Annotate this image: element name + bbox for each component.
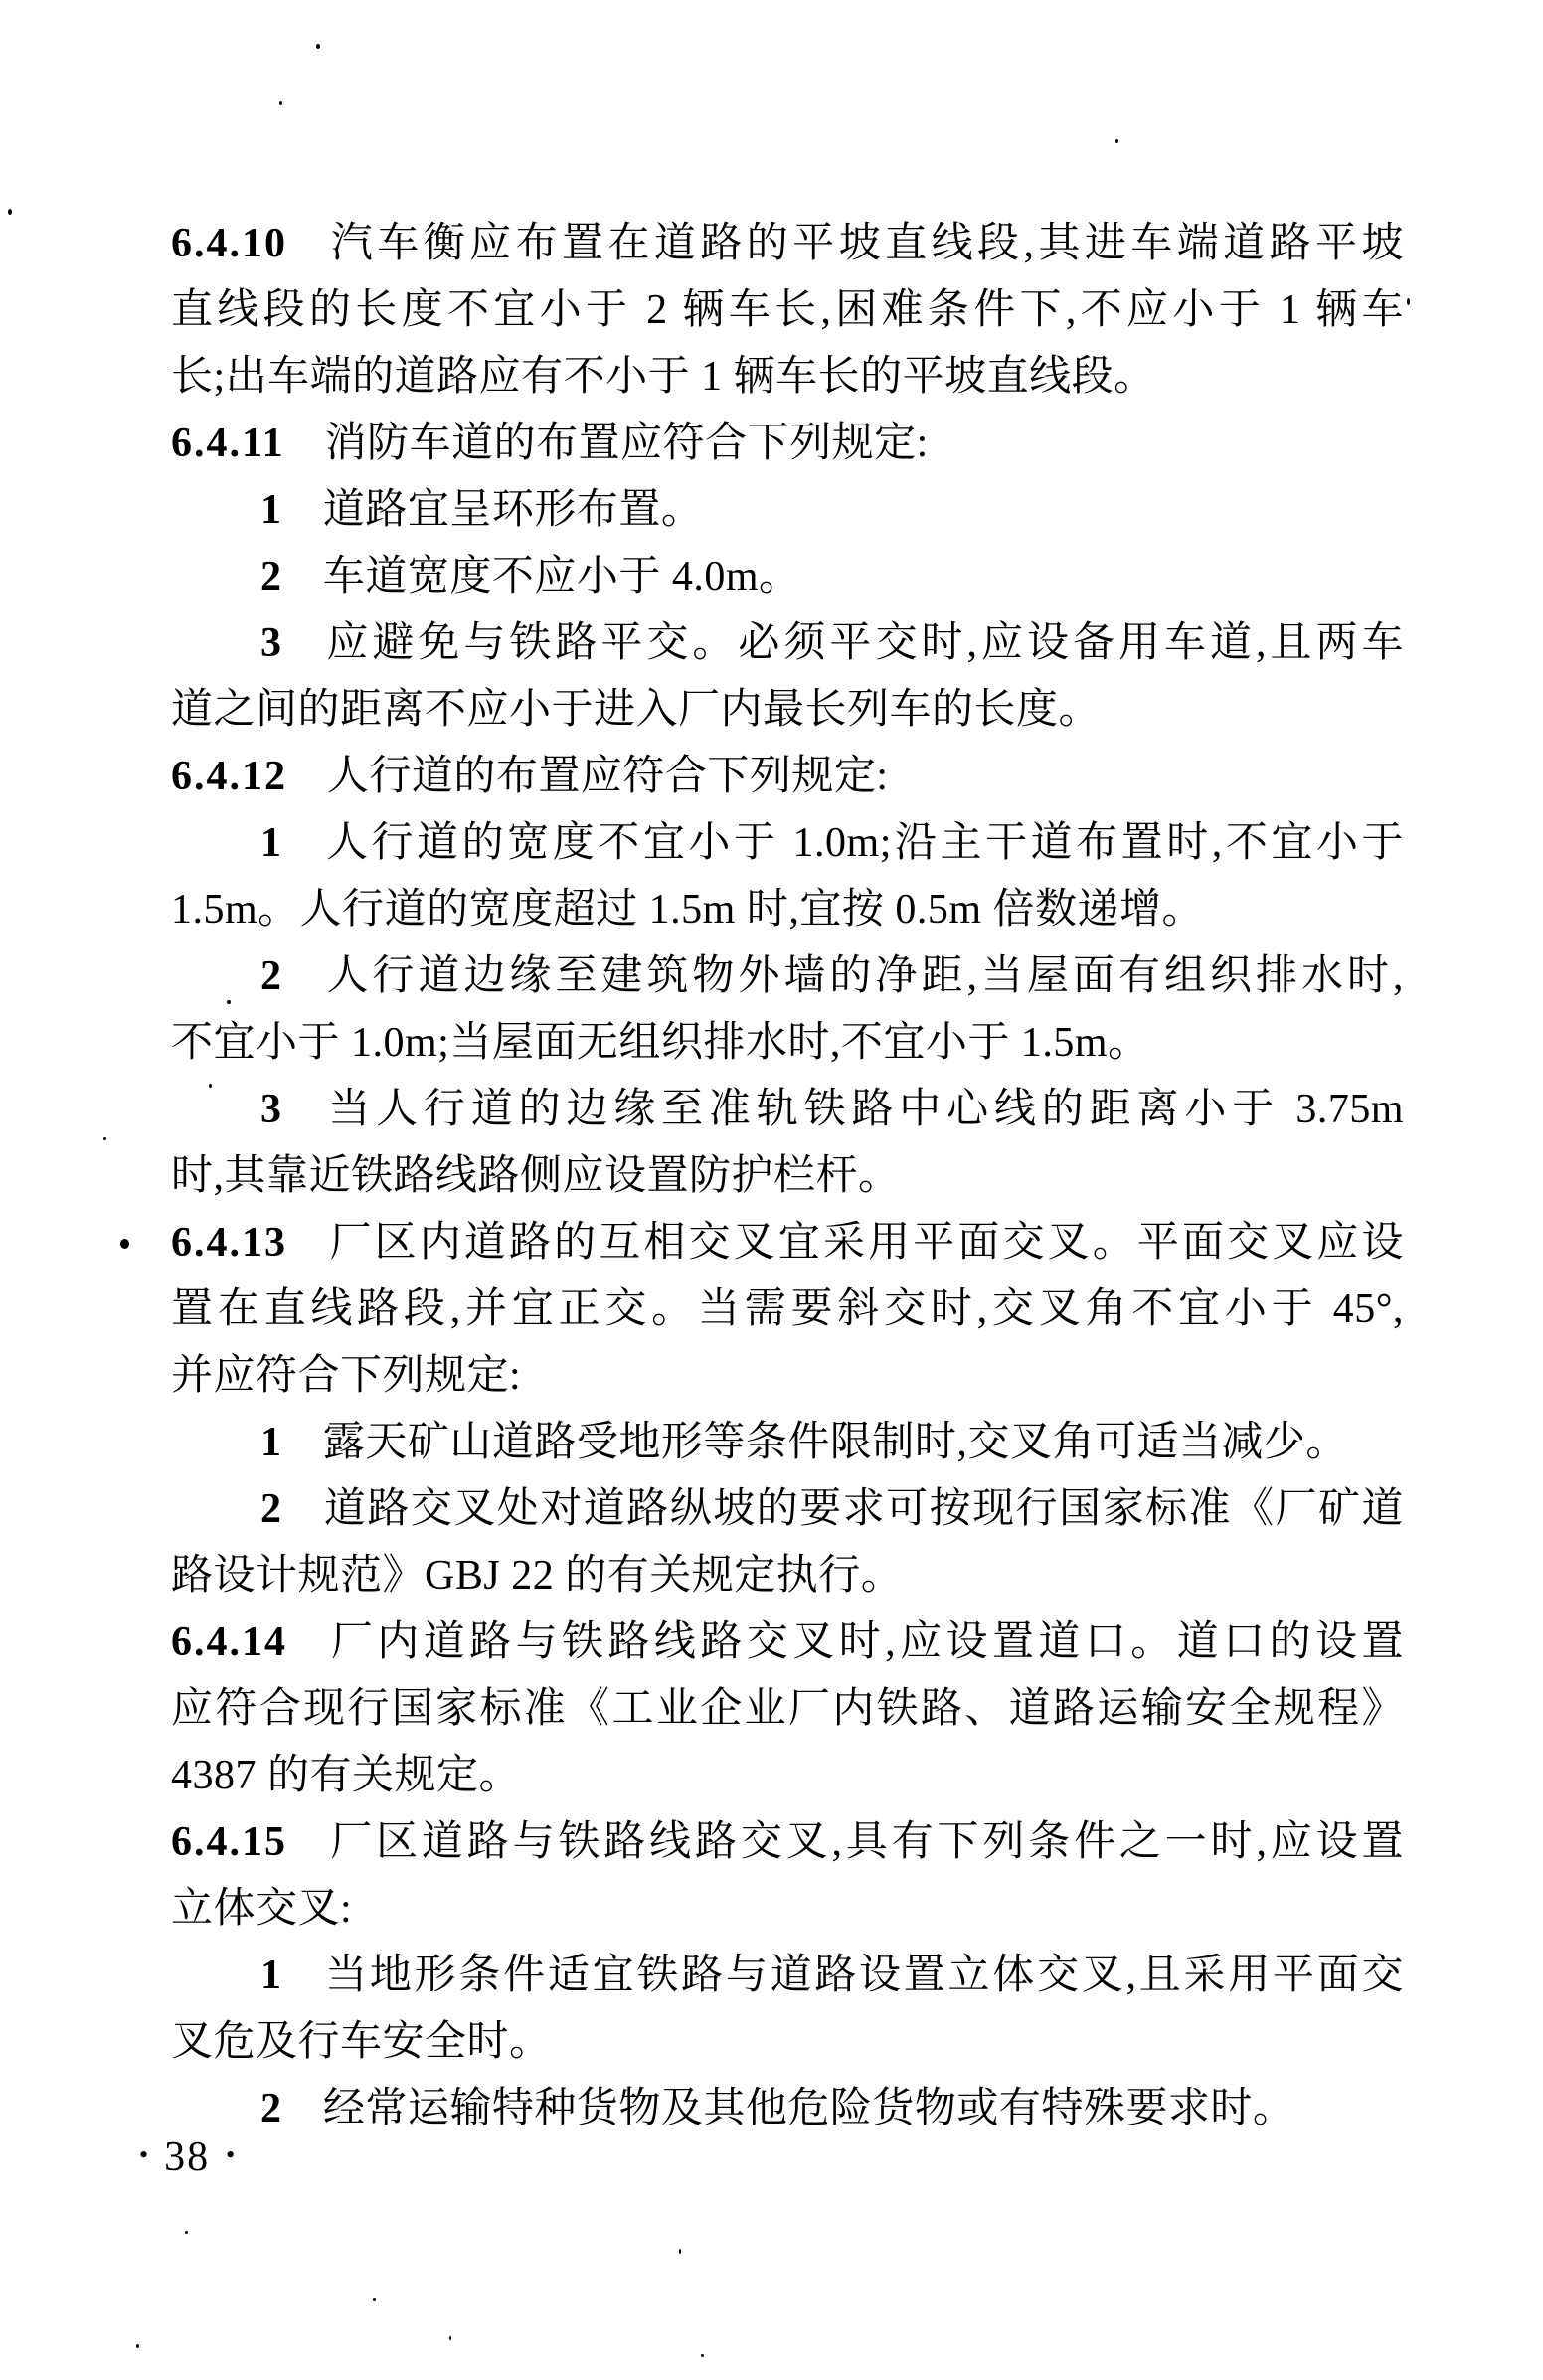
item-number: 3 bbox=[260, 1087, 283, 1132]
text-line: 2经常运输特种货物及其他危险货物或有特殊要求时。 bbox=[171, 2076, 1404, 2142]
item-number: 2 bbox=[260, 953, 283, 999]
scanned-page: 6.4.10汽车衡应布置在道路的平坡直线段,其进车端道路平坡直线段的长度不宜小于… bbox=[0, 0, 1543, 2380]
footer-dot-right: • bbox=[226, 2140, 235, 2169]
item-3: 3当人行道的边缘至准轨铁路中心线的距离小于 3.75m时,其靠近铁路线路侧应设置… bbox=[171, 1077, 1404, 1210]
text-line: 时,其靠近铁路线路侧应设置防护栏杆。 bbox=[171, 1143, 1404, 1210]
page-number: 38 bbox=[164, 2134, 210, 2180]
item-number: 1 bbox=[260, 1953, 283, 1998]
clause-number: 6.4.12 bbox=[171, 754, 287, 799]
scan-speck bbox=[136, 2344, 139, 2348]
line-text: 厂区道路与铁路线路交叉,具有下列条件之一时,应设置 bbox=[327, 1819, 1404, 1865]
line-text: 直线段的长度不宜小于 2 辆车长,困难条件下,不应小于 1 辆车 bbox=[171, 287, 1404, 333]
item-2: 2人行道边缘至建筑物外墙的净距,当屋面有组织排水时,不宜小于 1.0m;当屋面无… bbox=[171, 943, 1404, 1077]
clause-number: 6.4.15 bbox=[171, 1819, 287, 1865]
text-line: 1道路宜呈环形布置。 bbox=[171, 477, 1404, 544]
text-line: 立体交叉: bbox=[171, 1876, 1404, 1943]
scan-speck bbox=[612, 642, 615, 645]
clause-6.4.10: 6.4.10汽车衡应布置在道路的平坡直线段,其进车端道路平坡直线段的长度不宜小于… bbox=[171, 211, 1404, 411]
text-line: 3当人行道的边缘至准轨铁路中心线的距离小于 3.75m bbox=[171, 1077, 1404, 1143]
text-line: 道之间的距离不应小于进入厂内最长列车的长度。 bbox=[171, 677, 1404, 744]
item-1: 1道路宜呈环形布置。 bbox=[171, 477, 1404, 544]
text-line: 1当地形条件适宜铁路与道路设置立体交叉,且采用平面交 bbox=[171, 1943, 1404, 2009]
line-text: 不宜小于 1.0m;当屋面无组织排水时,不宜小于 1.5m。 bbox=[171, 1020, 1150, 1066]
text-line: 路设计规范》GBJ 22 的有关规定执行。 bbox=[171, 1543, 1404, 1610]
clause-number: 6.4.10 bbox=[171, 221, 287, 266]
line-text: 4387 的有关规定。 bbox=[171, 1753, 521, 1798]
item-number: 2 bbox=[260, 2086, 283, 2131]
line-text: 置在直线路段,并宜正交。当需要斜交时,交叉角不宜小于 45°, bbox=[171, 1286, 1404, 1332]
scan-speck bbox=[227, 1000, 231, 1004]
line-text: 应避免与铁路平交。必须平交时,应设备用车道,且两车 bbox=[323, 620, 1404, 666]
item-number: 3 bbox=[260, 620, 283, 666]
clause-6.4.15: 6.4.15厂区道路与铁路线路交叉,具有下列条件之一时,应设置立体交叉: bbox=[171, 1809, 1404, 1943]
line-text: 人行道的布置应符合下列规定: bbox=[327, 754, 889, 799]
text-line: 3应避免与铁路平交。必须平交时,应设备用车道,且两车 bbox=[171, 610, 1404, 677]
scan-speck bbox=[185, 2231, 188, 2234]
clause-6.4.11: 6.4.11消防车道的布置应符合下列规定: bbox=[171, 411, 1404, 477]
text-line: 并应符合下列规定: bbox=[171, 1343, 1404, 1410]
scan-speck bbox=[1407, 298, 1410, 305]
text-line: 6.4.11消防车道的布置应符合下列规定: bbox=[171, 411, 1404, 477]
scan-speck bbox=[679, 2249, 681, 2254]
text-line: 1人行道的宽度不宜小于 1.0m;沿主干道布置时,不宜小于 bbox=[171, 810, 1404, 877]
line-text: 1.5m。人行道的宽度超过 1.5m 时,宜按 0.5m 倍数递增。 bbox=[171, 887, 1204, 933]
scan-speck bbox=[449, 2336, 451, 2340]
scan-speck bbox=[103, 1137, 106, 1140]
scan-speck bbox=[120, 1239, 129, 1249]
text-line: 2车道宽度不应小于 4.0m。 bbox=[171, 544, 1404, 610]
line-text: 时,其靠近铁路线路侧应设置防护栏杆。 bbox=[171, 1153, 901, 1199]
item-1: 1当地形条件适宜铁路与道路设置立体交叉,且采用平面交叉危及行车安全时。 bbox=[171, 1943, 1404, 2076]
text-line: 1露天矿山道路受地形等条件限制时,交叉角可适当减少。 bbox=[171, 1410, 1404, 1476]
item-2: 2道路交叉处对道路纵坡的要求可按现行国家标准《厂矿道路设计规范》GBJ 22 的… bbox=[171, 1476, 1404, 1610]
item-3: 3应避免与铁路平交。必须平交时,应设备用车道,且两车道之间的距离不应小于进入厂内… bbox=[171, 610, 1404, 744]
document-body: 6.4.10汽车衡应布置在道路的平坡直线段,其进车端道路平坡直线段的长度不宜小于… bbox=[171, 211, 1404, 2142]
clause-number: 6.4.11 bbox=[171, 421, 285, 466]
text-line: 直线段的长度不宜小于 2 辆车长,困难条件下,不应小于 1 辆车 bbox=[171, 277, 1404, 344]
item-1: 1人行道的宽度不宜小于 1.0m;沿主干道布置时,不宜小于1.5m。人行道的宽度… bbox=[171, 810, 1404, 943]
footer-dot-left: • bbox=[139, 2140, 148, 2169]
line-text: 经常运输特种货物及其他危险货物或有特殊要求时。 bbox=[323, 2086, 1295, 2131]
text-line: 2道路交叉处对道路纵坡的要求可按现行国家标准《厂矿道 bbox=[171, 1476, 1404, 1543]
scan-speck bbox=[316, 44, 320, 49]
text-line: 置在直线路段,并宜正交。当需要斜交时,交叉角不宜小于 45°, bbox=[171, 1276, 1404, 1343]
item-1: 1露天矿山道路受地形等条件限制时,交叉角可适当减少。 bbox=[171, 1410, 1404, 1476]
line-text: 车道宽度不应小于 4.0m。 bbox=[323, 554, 801, 599]
text-line: 4387 的有关规定。 bbox=[171, 1743, 1404, 1809]
scan-speck bbox=[373, 2298, 376, 2301]
line-text: 厂区内道路的互相交叉宜采用平面交叉。平面交叉应设 bbox=[327, 1220, 1404, 1266]
line-text: 露天矿山道路受地形等条件限制时,交叉角可适当减少。 bbox=[323, 1420, 1348, 1465]
item-2: 2车道宽度不应小于 4.0m。 bbox=[171, 544, 1404, 610]
line-text: 消防车道的布置应符合下列规定: bbox=[325, 421, 929, 466]
item-number: 1 bbox=[260, 820, 283, 866]
line-text: 人行道的宽度不宜小于 1.0m;沿主干道布置时,不宜小于 bbox=[323, 820, 1404, 866]
page-footer: •38• bbox=[139, 2127, 235, 2190]
line-text: 厂内道路与铁路线路交叉时,应设置道口。道口的设置 bbox=[327, 1619, 1404, 1665]
line-text: 道之间的距离不应小于进入厂内最长列车的长度。 bbox=[171, 687, 1101, 733]
scan-speck bbox=[1115, 139, 1118, 143]
scan-speck bbox=[279, 101, 282, 105]
line-text: 汽车衡应布置在道路的平坡直线段,其进车端道路平坡 bbox=[327, 221, 1404, 266]
line-text: 并应符合下列规定: bbox=[171, 1353, 521, 1399]
line-text: 立体交叉: bbox=[171, 1886, 352, 1932]
scan-speck bbox=[701, 2354, 704, 2357]
clause-number: 6.4.14 bbox=[171, 1619, 287, 1665]
line-text: 叉危及行车安全时。 bbox=[171, 2019, 552, 2065]
item-number: 2 bbox=[260, 1486, 283, 1532]
clause-number: 6.4.13 bbox=[171, 1220, 287, 1266]
text-line: 不宜小于 1.0m;当屋面无组织排水时,不宜小于 1.5m。 bbox=[171, 1010, 1404, 1077]
line-text: 路设计规范》GBJ 22 的有关规定执行。 bbox=[171, 1553, 903, 1599]
clause-6.4.14: 6.4.14厂内道路与铁路线路交叉时,应设置道口。道口的设置应符合现行国家标准《… bbox=[171, 1610, 1404, 1809]
text-line: 6.4.13厂区内道路的互相交叉宜采用平面交叉。平面交叉应设 bbox=[171, 1210, 1404, 1276]
text-line: 应符合现行国家标准《工业企业厂内铁路、道路运输安全规程》GB bbox=[171, 1676, 1404, 1743]
text-line: 6.4.12人行道的布置应符合下列规定: bbox=[171, 744, 1404, 810]
scan-speck bbox=[8, 209, 12, 215]
text-line: 2人行道边缘至建筑物外墙的净距,当屋面有组织排水时, bbox=[171, 943, 1404, 1010]
item-number: 1 bbox=[260, 487, 283, 533]
text-line: 6.4.10汽车衡应布置在道路的平坡直线段,其进车端道路平坡 bbox=[171, 211, 1404, 277]
item-number: 1 bbox=[260, 1420, 283, 1465]
text-line: 1.5m。人行道的宽度超过 1.5m 时,宜按 0.5m 倍数递增。 bbox=[171, 877, 1404, 943]
line-text: 应符合现行国家标准《工业企业厂内铁路、道路运输安全规程》GB bbox=[171, 1686, 1404, 1743]
item-number: 2 bbox=[260, 554, 283, 599]
clause-6.4.12: 6.4.12人行道的布置应符合下列规定: bbox=[171, 744, 1404, 810]
text-line: 长;出车端的道路应有不小于 1 辆车长的平坡直线段。 bbox=[171, 344, 1404, 411]
line-text: 道路宜呈环形布置。 bbox=[323, 487, 704, 533]
line-text: 人行道边缘至建筑物外墙的净距,当屋面有组织排水时, bbox=[323, 953, 1404, 999]
line-text: 当地形条件适宜铁路与道路设置立体交叉,且采用平面交 bbox=[323, 1953, 1404, 1998]
text-line: 叉危及行车安全时。 bbox=[171, 2009, 1404, 2076]
text-line: 6.4.15厂区道路与铁路线路交叉,具有下列条件之一时,应设置 bbox=[171, 1809, 1404, 1876]
line-text: 长;出车端的道路应有不小于 1 辆车长的平坡直线段。 bbox=[171, 354, 1156, 400]
text-line: 6.4.14厂内道路与铁路线路交叉时,应设置道口。道口的设置 bbox=[171, 1610, 1404, 1676]
item-2: 2经常运输特种货物及其他危险货物或有特殊要求时。 bbox=[171, 2076, 1404, 2142]
scan-speck bbox=[209, 1084, 212, 1088]
clause-6.4.13: 6.4.13厂区内道路的互相交叉宜采用平面交叉。平面交叉应设置在直线路段,并宜正… bbox=[171, 1210, 1404, 1410]
line-text: 道路交叉处对道路纵坡的要求可按现行国家标准《厂矿道 bbox=[323, 1486, 1404, 1532]
line-text: 当人行道的边缘至准轨铁路中心线的距离小于 3.75m bbox=[323, 1087, 1404, 1132]
